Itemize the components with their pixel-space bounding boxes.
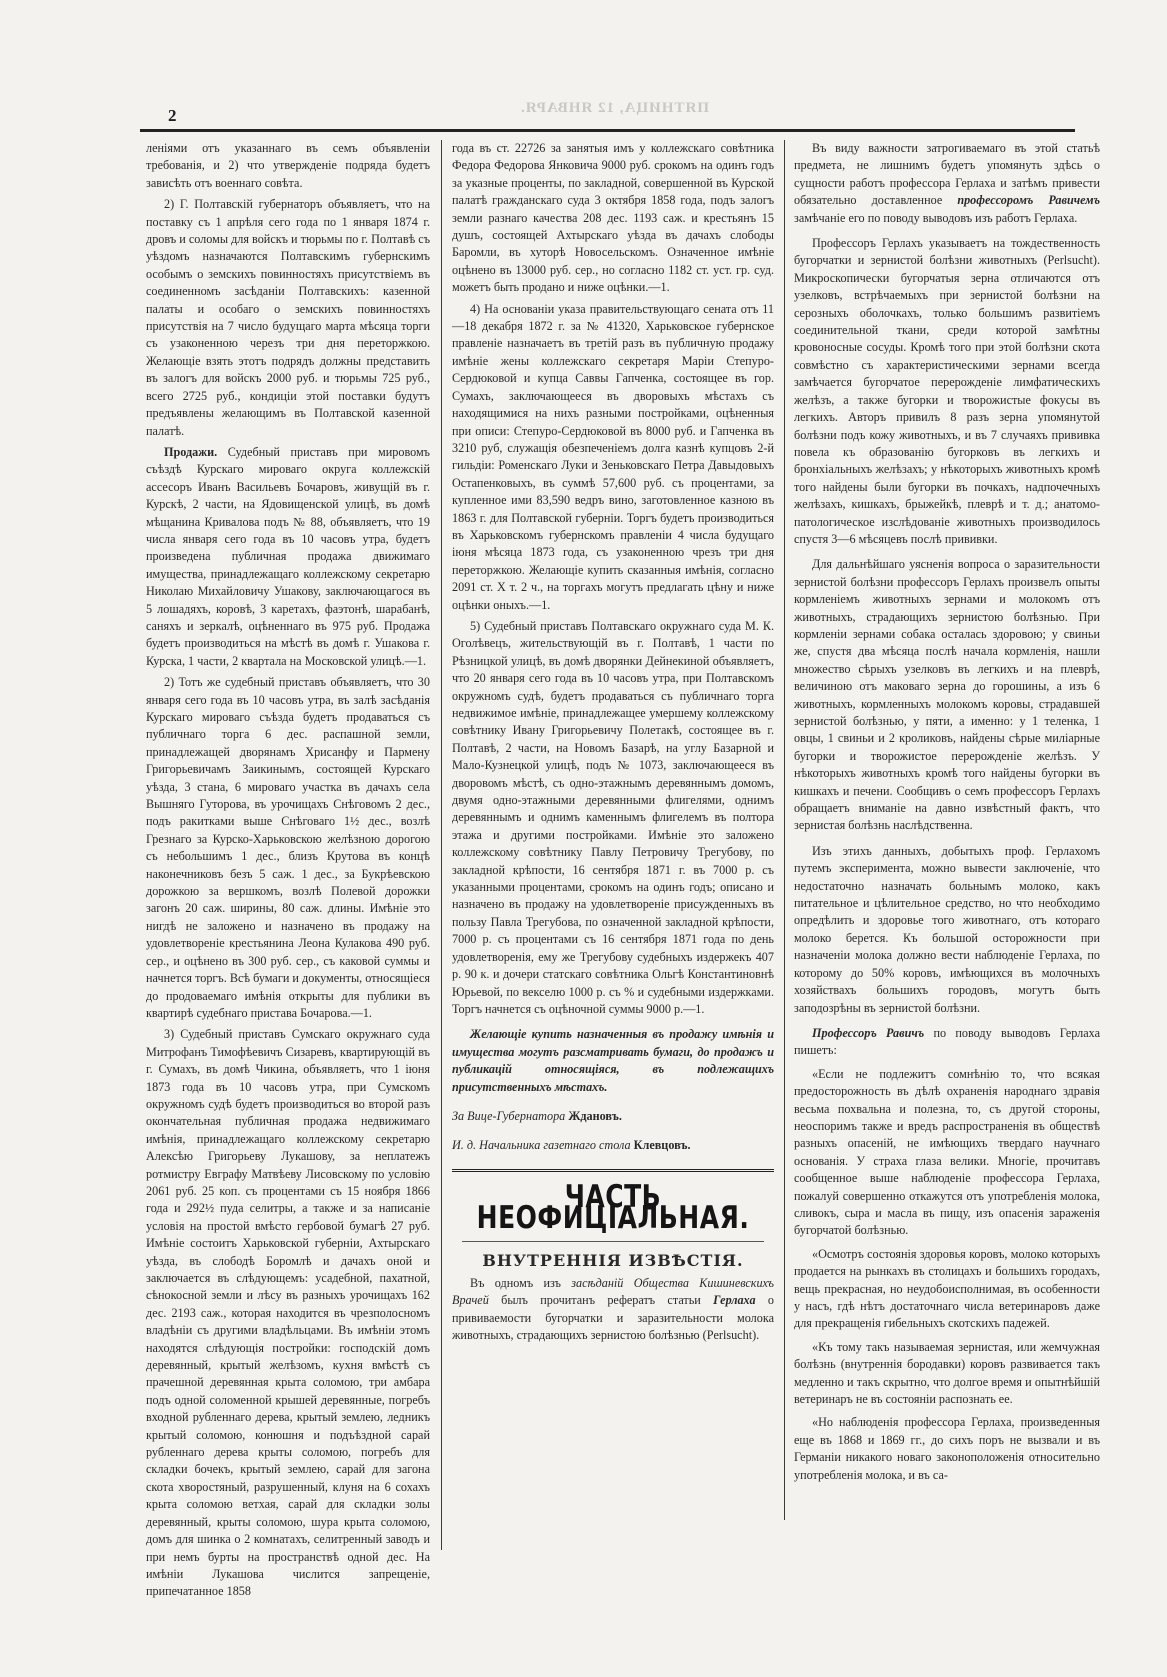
paragraph: 5) Судебный приставъ Полтавскаго окружна… — [452, 618, 774, 1018]
paragraph-text: Судебный приставъ при мировомъ съѣздѣ Ку… — [146, 445, 430, 668]
signature-vice-governor: За Вице-Губернатора Ждановъ. — [452, 1108, 774, 1125]
text: замѣчаніе его по поводу выводовъ изъ раб… — [794, 211, 1077, 225]
column-divider-1 — [441, 140, 442, 1550]
paragraph: 2) Г. Полтавскій губернаторъ объявляетъ,… — [146, 196, 430, 440]
column-2: года въ ст. 22726 за занятыя имъ у колле… — [452, 140, 774, 1349]
author-name: Герлаха — [713, 1293, 755, 1307]
top-rule — [140, 129, 1075, 132]
text: былъ прочитанъ рефератъ статьи — [489, 1293, 713, 1307]
section-lead: Продажи. — [164, 445, 217, 459]
quote-paragraph: «Осмотръ состоянія здоровья коровъ, моло… — [794, 1246, 1100, 1333]
paragraph: Профессоръ Герлахъ указываетъ на тождест… — [794, 235, 1100, 548]
column-1: леніями отъ указаннаго въ семъ объявлені… — [146, 140, 430, 1605]
paragraph: Въ виду важности затрогиваемаго въ этой … — [794, 140, 1100, 227]
sub-title: ВНУТРЕННІЯ ИЗВѢСТІЯ. — [452, 1252, 774, 1269]
section-rule — [452, 1169, 774, 1172]
signature-name: Ждановъ. — [568, 1109, 622, 1123]
quote-paragraph: «Но наблюденія профессора Герлаха, произ… — [794, 1414, 1100, 1484]
paragraph: Продажи. Судебный приставъ при мировомъ … — [146, 444, 430, 670]
professor-name: профессоромъ Равичемъ — [957, 193, 1100, 207]
paragraph: 4) На основаніи указа правительствующаго… — [452, 301, 774, 614]
quote-paragraph: «Если не подлежитъ сомнѣнію то, что всяк… — [794, 1066, 1100, 1240]
bleed-through-header: ПЯТНИЦА, 12 ЯНВАРЯ. — [520, 100, 709, 117]
notice: Желающіе купить назначенныя въ продажу и… — [452, 1026, 774, 1096]
signature-name: Клевцовъ. — [634, 1138, 691, 1152]
quote-paragraph: «Къ тому такъ называемая зернистая, или … — [794, 1339, 1100, 1409]
signature-desk-head: И. д. Начальника газетнаго стола Клевцов… — [452, 1137, 774, 1154]
paragraph: Изъ этихъ данныхъ, добытыхъ проф. Герлах… — [794, 843, 1100, 1017]
column-divider-2 — [784, 140, 785, 1520]
page-number: 2 — [168, 106, 177, 126]
paragraph: Для дальнѣйшаго уясненія вопроса о зараз… — [794, 556, 1100, 835]
paragraph: 3) Судебный приставъ Сумскаго окружнаго … — [146, 1026, 430, 1600]
paragraph: Въ одномъ изъ засѣданій Общества Кишинев… — [452, 1275, 774, 1345]
paragraph: Профессоръ Равичъ по поводу выводовъ Гер… — [794, 1025, 1100, 1060]
paragraph: 2) Тотъ же судебный приставъ объявляетъ,… — [146, 674, 430, 1022]
column-3: Въ виду важности затрогиваемаго въ этой … — [794, 140, 1100, 1488]
paragraph: леніями отъ указаннаго въ семъ объявлені… — [146, 140, 430, 192]
section-title: ЧАСТЬ НЕОФИЦІАЛЬНАЯ. — [452, 1185, 774, 1229]
paragraph: года въ ст. 22726 за занятыя имъ у колле… — [452, 140, 774, 297]
professor-name: Профессоръ Равичъ — [812, 1026, 924, 1040]
section-rule-thin — [462, 1241, 764, 1242]
signature-title: И. д. Начальника газетнаго стола — [452, 1138, 634, 1152]
signature-title: За Вице-Губернатора — [452, 1109, 568, 1123]
text: Въ одномъ изъ — [470, 1276, 571, 1290]
